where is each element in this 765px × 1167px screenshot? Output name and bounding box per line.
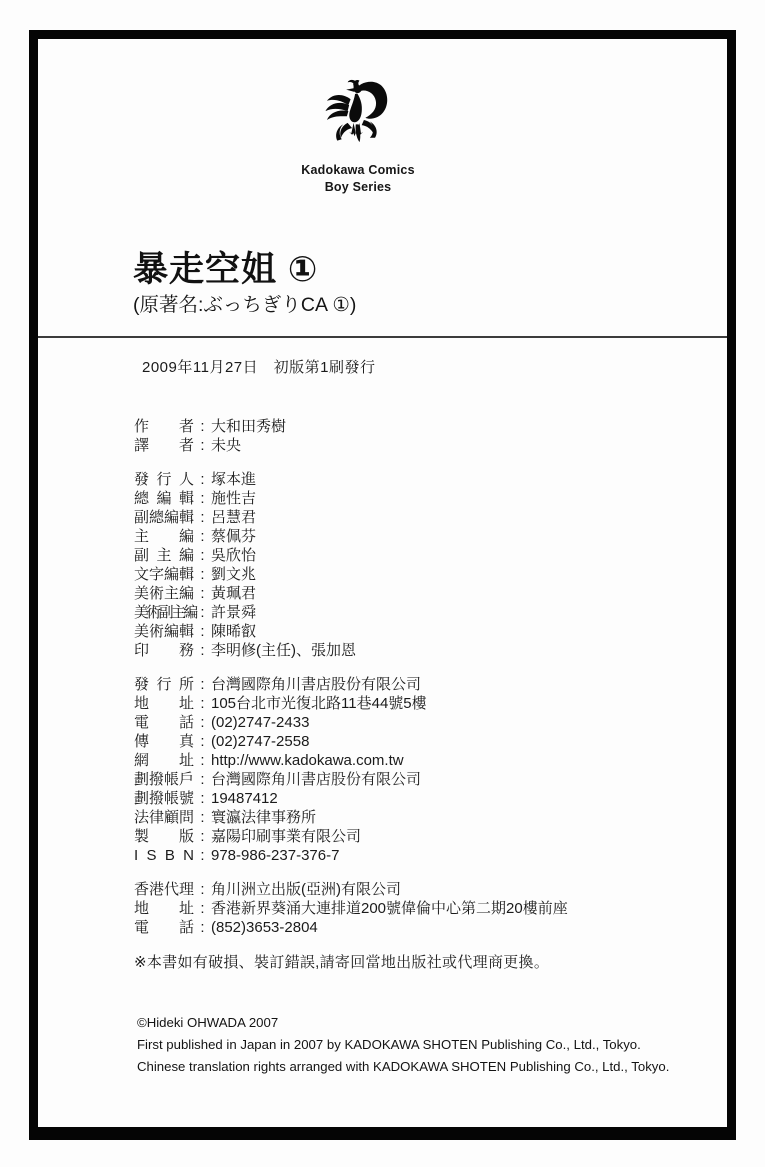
- copyright-block: ©Hideki OHWADA 2007 First published in J…: [137, 1012, 727, 1078]
- field-value: 呂慧君: [211, 509, 256, 526]
- colon-separator: :: [194, 918, 211, 937]
- field-value: 吳欣怡: [211, 547, 256, 564]
- colophon-row: 副主編:吳欣怡: [134, 546, 734, 565]
- colophon-row: 法律顧問:寰瀛法律事務所: [134, 808, 734, 827]
- colon-separator: :: [194, 489, 211, 508]
- colophon-row: 電話:(852)3653-2804: [134, 918, 734, 937]
- colophon-row: 副總編輯:呂慧君: [134, 508, 734, 527]
- colophon-row: 網址:http://www.kadokawa.com.tw: [134, 751, 734, 770]
- colophon-row: 美術編輯:陳晞叡: [134, 622, 734, 641]
- field-value: 角川洲立出版(亞洲)有限公司: [211, 881, 401, 898]
- colon-separator: :: [194, 470, 211, 489]
- section-hong-kong-agent: 香港代理:角川洲立出版(亞洲)有限公司地址:香港新界葵涌大連排道200號偉倫中心…: [134, 880, 734, 937]
- colon-separator: :: [194, 546, 211, 565]
- field-value: 大和田秀樹: [211, 418, 286, 435]
- field-label: 副主編: [134, 546, 194, 565]
- field-label: I S B N: [134, 846, 194, 865]
- field-value: 施性吉: [211, 490, 256, 507]
- colon-separator: :: [194, 846, 211, 865]
- field-label: 地址: [134, 694, 194, 713]
- edition-date: 2009年11月27日 初版第1刷發行: [142, 358, 734, 377]
- field-value: 105台北市光復北路11巷44號5樓: [211, 695, 427, 712]
- field-value: 許景舜: [211, 604, 256, 621]
- section-publisher: 發行所:台灣國際角川書店股份有限公司地址:105台北市光復北路11巷44號5樓電…: [134, 675, 734, 865]
- field-value: 香港新界葵涌大連排道200號偉倫中心第二期20樓前座: [211, 900, 568, 917]
- field-label: 劃撥帳號: [134, 789, 194, 808]
- colophon-row: 電話:(02)2747-2433: [134, 713, 734, 732]
- field-label: 傳真: [134, 732, 194, 751]
- field-value: (02)2747-2433: [211, 714, 309, 731]
- colon-separator: :: [194, 770, 211, 789]
- colophon-row: 發行所:台灣國際角川書店股份有限公司: [134, 675, 734, 694]
- field-label: 地址: [134, 899, 194, 918]
- colophon-row: 地址:香港新界葵涌大連排道200號偉倫中心第二期20樓前座: [134, 899, 734, 918]
- colophon-sections: 作者:大和田秀樹譯者:未央發行人:塚本進總編輯:施性吉副總編輯:呂慧君主編:蔡佩…: [134, 417, 734, 937]
- field-value: 陳晞叡: [211, 623, 256, 640]
- colon-separator: :: [194, 417, 211, 436]
- field-label: 文字編輯: [134, 565, 194, 584]
- colon-separator: :: [194, 789, 211, 808]
- field-label: 作者: [134, 417, 194, 436]
- field-label: 副總編輯: [134, 508, 194, 527]
- colon-separator: :: [194, 527, 211, 546]
- field-value: http://www.kadokawa.com.tw: [211, 752, 404, 769]
- horizontal-rule: [38, 336, 727, 338]
- field-label: 印務: [134, 641, 194, 660]
- colophon-row: 美術主編:黃珮君: [134, 584, 734, 603]
- colon-separator: :: [194, 622, 211, 641]
- series-name-line2: Boy Series: [300, 179, 416, 196]
- colon-separator: :: [194, 436, 211, 455]
- field-value: 李明修(主任)、張加恩: [211, 642, 356, 659]
- field-label: 主編: [134, 527, 194, 546]
- field-label: 發行所: [134, 675, 194, 694]
- field-value: 978-986-237-376-7: [211, 847, 339, 864]
- replacement-note: ※本書如有破損、裝訂錯誤,請寄回當地出版社或代理商更換。: [134, 953, 734, 972]
- field-value: 劉文兆: [211, 566, 256, 583]
- colophon-row: I S B N:978-986-237-376-7: [134, 846, 734, 865]
- copyright-line: Chinese translation rights arranged with…: [137, 1056, 727, 1078]
- field-label: 香港代理: [134, 880, 194, 899]
- colophon-row: 發行人:塚本進: [134, 470, 734, 489]
- copyright-line: First published in Japan in 2007 by KADO…: [137, 1034, 727, 1056]
- field-value: (02)2747-2558: [211, 733, 309, 750]
- field-value: (852)3653-2804: [211, 919, 318, 936]
- colon-separator: :: [194, 880, 211, 899]
- field-label: 發行人: [134, 470, 194, 489]
- colon-separator: :: [194, 732, 211, 751]
- copyright-line: ©Hideki OHWADA 2007: [137, 1012, 727, 1034]
- field-label: 劃撥帳戶: [134, 770, 194, 789]
- field-value: 台灣國際角川書店股份有限公司: [211, 676, 421, 693]
- colophon-row: 劃撥帳戶:台灣國際角川書店股份有限公司: [134, 770, 734, 789]
- field-label: 美術副主編: [134, 603, 194, 622]
- colophon-row: 美術副主編:許景舜: [134, 603, 734, 622]
- field-value: 蔡佩芬: [211, 528, 256, 545]
- colophon-row: 傳真:(02)2747-2558: [134, 732, 734, 751]
- section-authors: 作者:大和田秀樹譯者:未央: [134, 417, 734, 455]
- field-label: 總編輯: [134, 489, 194, 508]
- colophon-row: 香港代理:角川洲立出版(亞洲)有限公司: [134, 880, 734, 899]
- colon-separator: :: [194, 565, 211, 584]
- colophon-row: 劃撥帳號:19487412: [134, 789, 734, 808]
- colophon-row: 主編:蔡佩芬: [134, 527, 734, 546]
- colon-separator: :: [194, 751, 211, 770]
- field-value: 台灣國際角川書店股份有限公司: [211, 771, 421, 788]
- colon-separator: :: [194, 603, 211, 622]
- field-value: 19487412: [211, 790, 278, 807]
- section-editorial-staff: 發行人:塚本進總編輯:施性吉副總編輯:呂慧君主編:蔡佩芬副主編:吳欣怡文字編輯:…: [134, 470, 734, 660]
- kadokawa-phoenix-icon: [321, 78, 395, 156]
- colon-separator: :: [194, 713, 211, 732]
- colophon-row: 文字編輯:劉文兆: [134, 565, 734, 584]
- field-label: 網址: [134, 751, 194, 770]
- publisher-logo-block: Kadokawa Comics Boy Series: [300, 78, 416, 196]
- field-label: 製版: [134, 827, 194, 846]
- colon-separator: :: [194, 508, 211, 527]
- colophon-row: 總編輯:施性吉: [134, 489, 734, 508]
- colon-separator: :: [194, 584, 211, 603]
- field-label: 美術編輯: [134, 622, 194, 641]
- colophon-row: 地址:105台北市光復北路11巷44號5樓: [134, 694, 734, 713]
- field-value: 寰瀛法律事務所: [211, 809, 316, 826]
- colon-separator: :: [194, 899, 211, 918]
- original-title: (原著名:ぶっちぎりCA ①): [133, 292, 356, 318]
- colon-separator: :: [194, 827, 211, 846]
- field-value: 嘉陽印刷事業有限公司: [211, 828, 361, 845]
- colophon-row: 製版:嘉陽印刷事業有限公司: [134, 827, 734, 846]
- field-label: 美術主編: [134, 584, 194, 603]
- field-label: 電話: [134, 918, 194, 937]
- book-title: 暴走空姐 ①: [133, 249, 356, 291]
- field-label: 電話: [134, 713, 194, 732]
- field-value: 塚本進: [211, 471, 256, 488]
- colophon-row: 作者:大和田秀樹: [134, 417, 734, 436]
- series-name-line1: Kadokawa Comics: [300, 162, 416, 179]
- colon-separator: :: [194, 675, 211, 694]
- field-value: 未央: [211, 437, 241, 454]
- colophon-row: 印務:李明修(主任)、張加恩: [134, 641, 734, 660]
- field-value: 黃珮君: [211, 585, 256, 602]
- colophon-row: 譯者:未央: [134, 436, 734, 455]
- colon-separator: :: [194, 641, 211, 660]
- title-block: 暴走空姐 ① (原著名:ぶっちぎりCA ①): [133, 249, 356, 318]
- colon-separator: :: [194, 808, 211, 827]
- colon-separator: :: [194, 694, 211, 713]
- colophon: 2009年11月27日 初版第1刷發行 作者:大和田秀樹譯者:未央發行人:塚本進…: [134, 358, 734, 972]
- field-label: 譯者: [134, 436, 194, 455]
- field-label: 法律顧問: [134, 808, 194, 827]
